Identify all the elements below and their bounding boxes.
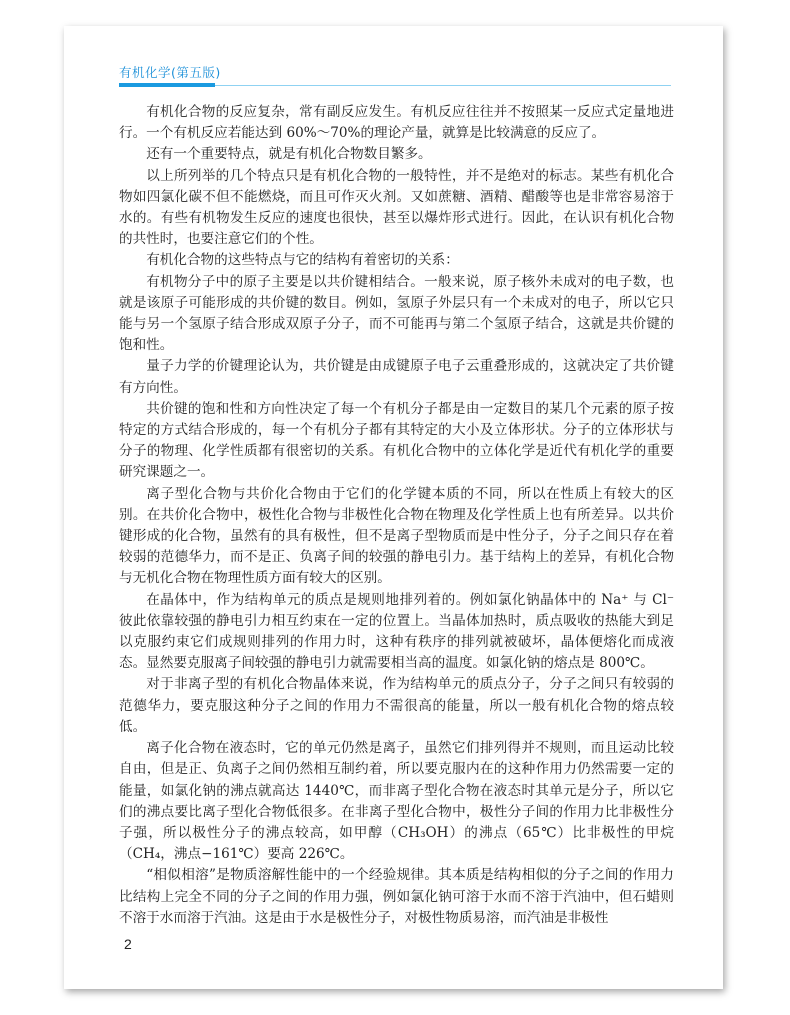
paragraph: 以上所列举的几个特点只是有机化合物的一般特性，并不是绝对的标志。某些有机化合物如… <box>119 166 674 251</box>
body-text: 有机化合物的反应复杂，常有副反应发生。有机反应往往并不按照某一反应式定量地进行。… <box>119 102 674 929</box>
header-accent-bar <box>119 83 215 87</box>
paragraph: 在晶体中，作为结构单元的质点是规则地排列着的。例如氯化钠晶体中的 Na⁺ 与 C… <box>119 590 674 675</box>
book-title: 有机化学(第五版) <box>119 64 221 82</box>
paragraph: 量子力学的价键理论认为，共价键是由成键原子电子云重叠形成的，这就决定了共价键有方… <box>119 356 674 398</box>
paragraph: 离子化合物在液态时，它的单元仍然是离子，虽然它们排列得并不规则，而且运动比较自由… <box>119 738 674 865</box>
paragraph: 离子型化合物与共价化合物由于它们的化学键本质的不同，所以在性质上有较大的区别。在… <box>119 484 674 590</box>
paragraph: 有机化合物的反应复杂，常有副反应发生。有机反应往往并不按照某一反应式定量地进行。… <box>119 102 674 144</box>
paragraph: 对于非离子型的有机化合物晶体来说，作为结构单元的质点分子，分子之间只有较弱的范德… <box>119 674 674 738</box>
header-rule <box>215 85 671 86</box>
paragraph: 共价键的饱和性和方向性决定了每一个有机分子都是由一定数目的某几个元素的原子按特定… <box>119 399 674 484</box>
page-number: 2 <box>124 936 132 952</box>
paragraph: “相似相溶”是物质溶解性能中的一个经验规律。其本质是结构相似的分子之间的作用力比… <box>119 865 674 929</box>
paragraph: 有机化合物的这些特点与它的结构有着密切的关系： <box>119 250 674 271</box>
paragraph: 有机物分子中的原子主要是以共价键相结合。一般来说，原子核外未成对的电子数，也就是… <box>119 272 674 357</box>
document-page: 有机化学(第五版) 有机化合物的反应复杂，常有副反应发生。有机反应往往并不按照某… <box>64 26 723 989</box>
running-head: 有机化学(第五版) <box>119 64 673 88</box>
paragraph: 还有一个重要特点，就是有机化合物数目繁多。 <box>119 144 674 165</box>
